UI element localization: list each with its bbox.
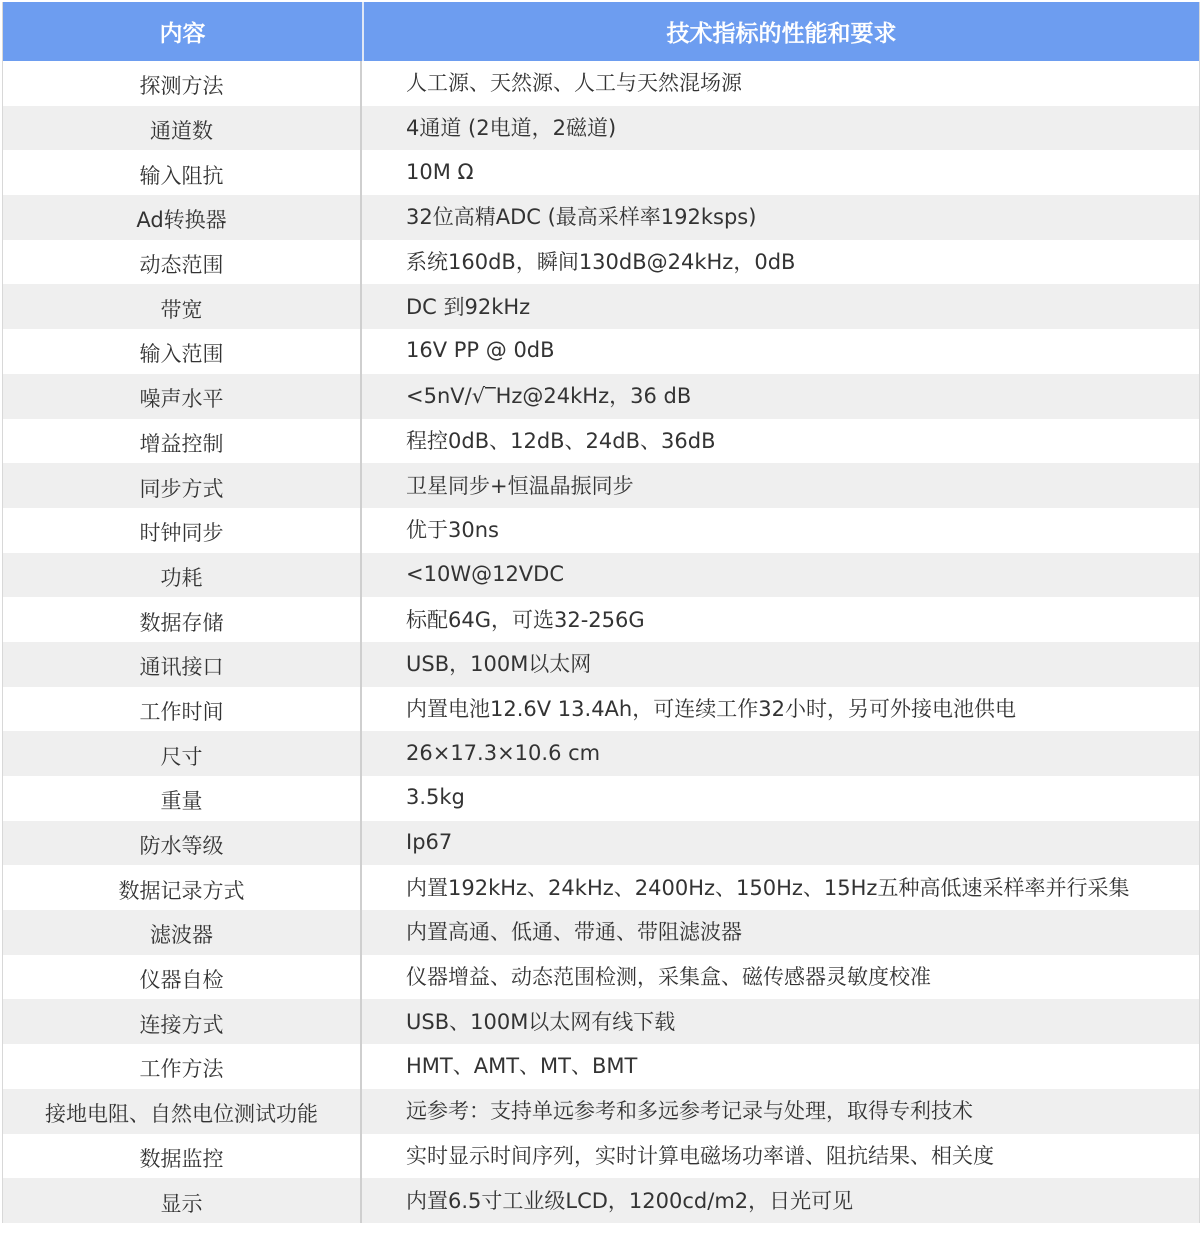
table-header: 内容 技术指标的性能和要求 bbox=[3, 2, 1199, 61]
row-spec-value: 实时显示时间序列，实时计算电磁场功率谱、阻抗结果、相关度 bbox=[362, 1134, 1199, 1179]
row-item-label: 滤波器 bbox=[3, 910, 362, 955]
row-spec-value: 内置电池12.6V 13.4Ah，可连续工作32小时，另可外接电池供电 bbox=[362, 687, 1199, 732]
row-spec-value: 系统160dB，瞬间130dB@24kHz，0dB bbox=[362, 240, 1199, 285]
row-item-label: 时钟同步 bbox=[3, 508, 362, 553]
row-spec-value: 标配64G，可选32-256G bbox=[362, 597, 1199, 642]
table-row: 增益控制程控0dB、12dB、24dB、36dB bbox=[3, 419, 1199, 464]
table-row: 数据监控实时显示时间序列，实时计算电磁场功率谱、阻抗结果、相关度 bbox=[3, 1134, 1199, 1179]
table-row: 仪器自检仪器增益、动态范围检测，采集盒、磁传感器灵敏度校准 bbox=[3, 955, 1199, 1000]
table-row: Ad转换器32位高精ADC (最高采样率192ksps) bbox=[3, 195, 1199, 240]
table-row: 防水等级Ip67 bbox=[3, 821, 1199, 866]
table-row: 数据存储标配64G，可选32-256G bbox=[3, 597, 1199, 642]
row-spec-value: 10M Ω bbox=[362, 150, 1199, 195]
row-spec-value: 优于30ns bbox=[362, 508, 1199, 553]
header-spec: 技术指标的性能和要求 bbox=[364, 2, 1199, 61]
table-row: 通道数4通道 (2电道，2磁道) bbox=[3, 106, 1199, 151]
row-spec-value: 26×17.3×10.6 cm bbox=[362, 731, 1199, 776]
row-item-label: Ad转换器 bbox=[3, 195, 362, 240]
row-spec-value: 人工源、天然源、人工与天然混场源 bbox=[362, 61, 1199, 106]
row-item-label: 功耗 bbox=[3, 553, 362, 598]
table-row: 尺寸26×17.3×10.6 cm bbox=[3, 731, 1199, 776]
row-item-label: 接地电阻、自然电位测试功能 bbox=[3, 1089, 362, 1134]
row-item-label: 工作时间 bbox=[3, 687, 362, 732]
table-row: 工作方法HMT、AMT、MT、BMT bbox=[3, 1044, 1199, 1089]
table-row: 同步方式卫星同步+恒温晶振同步 bbox=[3, 463, 1199, 508]
table-body: 探测方法人工源、天然源、人工与天然混场源通道数4通道 (2电道，2磁道)输入阻抗… bbox=[3, 61, 1199, 1223]
table-row: 显示内置6.5寸工业级LCD，1200cd/m2，日光可见 bbox=[3, 1178, 1199, 1223]
row-spec-value: 16V PP @ 0dB bbox=[362, 329, 1199, 374]
row-item-label: 数据监控 bbox=[3, 1134, 362, 1179]
row-item-label: 数据存储 bbox=[3, 597, 362, 642]
table-row: 时钟同步优于30ns bbox=[3, 508, 1199, 553]
row-item-label: 连接方式 bbox=[3, 999, 362, 1044]
table-row: 工作时间内置电池12.6V 13.4Ah，可连续工作32小时，另可外接电池供电 bbox=[3, 687, 1199, 732]
table-row: 滤波器内置高通、低通、带通、带阻滤波器 bbox=[3, 910, 1199, 955]
spec-table: 内容 技术指标的性能和要求 探测方法人工源、天然源、人工与天然混场源通道数4通道… bbox=[2, 2, 1200, 1223]
row-item-label: 噪声水平 bbox=[3, 374, 362, 419]
table-row: 通讯接口USB，100M以太网 bbox=[3, 642, 1199, 687]
table-row: 重量3.5kg bbox=[3, 776, 1199, 821]
row-spec-value: Ip67 bbox=[362, 821, 1199, 866]
row-item-label: 数据记录方式 bbox=[3, 865, 362, 910]
table-row: 探测方法人工源、天然源、人工与天然混场源 bbox=[3, 61, 1199, 106]
row-spec-value: <5nV/√‾Hz@24kHz，36 dB bbox=[362, 374, 1199, 419]
row-item-label: 输入范围 bbox=[3, 329, 362, 374]
row-spec-value: DC 到92kHz bbox=[362, 284, 1199, 329]
row-spec-value: <10W@12VDC bbox=[362, 553, 1199, 598]
row-item-label: 动态范围 bbox=[3, 240, 362, 285]
row-item-label: 防水等级 bbox=[3, 821, 362, 866]
row-spec-value: 远参考：支持单远参考和多远参考记录与处理，取得专利技术 bbox=[362, 1089, 1199, 1134]
row-spec-value: 卫星同步+恒温晶振同步 bbox=[362, 463, 1199, 508]
row-item-label: 工作方法 bbox=[3, 1044, 362, 1089]
row-item-label: 仪器自检 bbox=[3, 955, 362, 1000]
table-row: 噪声水平<5nV/√‾Hz@24kHz，36 dB bbox=[3, 374, 1199, 419]
row-item-label: 增益控制 bbox=[3, 419, 362, 464]
row-spec-value: 内置6.5寸工业级LCD，1200cd/m2，日光可见 bbox=[362, 1178, 1199, 1223]
row-item-label: 通讯接口 bbox=[3, 642, 362, 687]
row-item-label: 尺寸 bbox=[3, 731, 362, 776]
table-row: 输入阻抗10M Ω bbox=[3, 150, 1199, 195]
table-row: 连接方式USB、100M以太网有线下载 bbox=[3, 999, 1199, 1044]
table-row: 接地电阻、自然电位测试功能远参考：支持单远参考和多远参考记录与处理，取得专利技术 bbox=[3, 1089, 1199, 1134]
row-item-label: 带宽 bbox=[3, 284, 362, 329]
row-spec-value: 仪器增益、动态范围检测，采集盒、磁传感器灵敏度校准 bbox=[362, 955, 1199, 1000]
table-row: 数据记录方式内置192kHz、24kHz、2400Hz、150Hz、15Hz五种… bbox=[3, 865, 1199, 910]
table-row: 功耗<10W@12VDC bbox=[3, 553, 1199, 598]
row-item-label: 显示 bbox=[3, 1178, 362, 1223]
row-item-label: 通道数 bbox=[3, 106, 362, 151]
row-spec-value: 4通道 (2电道，2磁道) bbox=[362, 106, 1199, 151]
table-row: 动态范围系统160dB，瞬间130dB@24kHz，0dB bbox=[3, 240, 1199, 285]
row-item-label: 同步方式 bbox=[3, 463, 362, 508]
header-content: 内容 bbox=[3, 2, 364, 61]
row-spec-value: 程控0dB、12dB、24dB、36dB bbox=[362, 419, 1199, 464]
row-spec-value: USB、100M以太网有线下载 bbox=[362, 999, 1199, 1044]
row-spec-value: 32位高精ADC (最高采样率192ksps) bbox=[362, 195, 1199, 240]
row-item-label: 输入阻抗 bbox=[3, 150, 362, 195]
table-row: 带宽DC 到92kHz bbox=[3, 284, 1199, 329]
row-spec-value: HMT、AMT、MT、BMT bbox=[362, 1044, 1199, 1089]
row-spec-value: USB，100M以太网 bbox=[362, 642, 1199, 687]
row-item-label: 探测方法 bbox=[3, 61, 362, 106]
row-spec-value: 内置192kHz、24kHz、2400Hz、150Hz、15Hz五种高低速采样率… bbox=[362, 865, 1199, 910]
row-item-label: 重量 bbox=[3, 776, 362, 821]
row-spec-value: 3.5kg bbox=[362, 776, 1199, 821]
table-row: 输入范围16V PP @ 0dB bbox=[3, 329, 1199, 374]
row-spec-value: 内置高通、低通、带通、带阻滤波器 bbox=[362, 910, 1199, 955]
